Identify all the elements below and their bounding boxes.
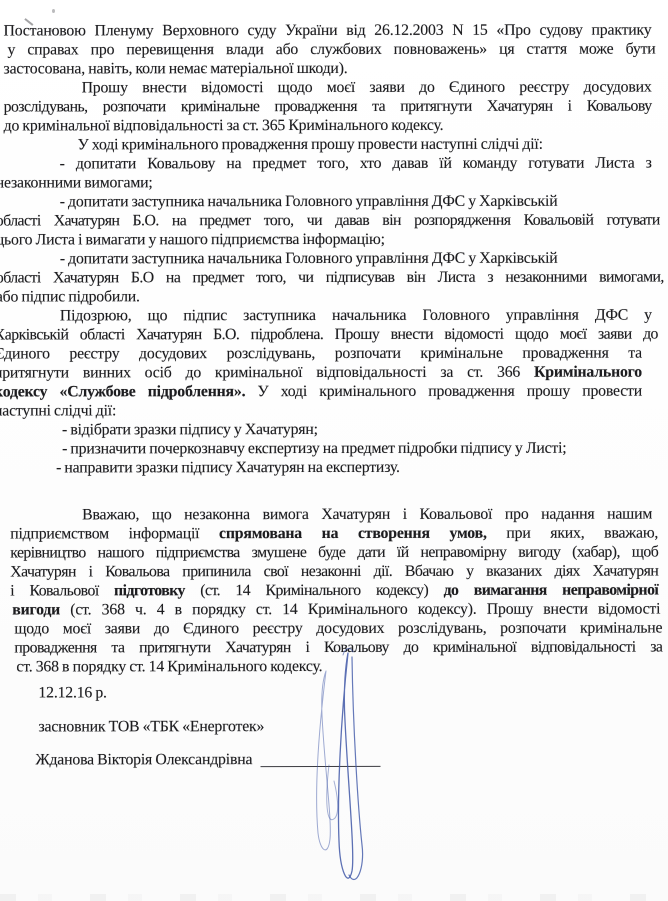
bullet-interrogate-khachaturian-signature: - допитати заступника начальника Головно… [4, 249, 652, 307]
text-line: - призначити почеркознавчу експертизу на… [4, 439, 652, 459]
signatory-line: Жданова Вікторія Олександрівна [4, 750, 652, 770]
text-segment: наступні слідчі дії: [0, 402, 116, 419]
text-segment: ст. 368 в порядку ст. 14 Кримінального к… [16, 658, 322, 675]
text-line: У ході кримінального провадження прошу п… [4, 135, 652, 155]
signature-underline [260, 765, 380, 767]
text-segment: Підозрюю, що підпис заступника начальник… [60, 307, 652, 325]
text-segment: (ст. 368 ч. 4 в порядку ст. 14 Криміналь… [60, 601, 660, 619]
text-line: Підозрюю, що підпис заступника начальник… [4, 306, 652, 326]
text-segment: керівництво нашого підприємства змушене … [10, 544, 658, 562]
text-line: незаконними вимогами; [0, 173, 644, 193]
text-segment: незаконними вимогами; [0, 174, 153, 191]
scan-speck-artifact [52, 9, 55, 13]
text-segment: цього Листа і вимагати у нашого підприєм… [0, 231, 385, 249]
document-date: 12.12.16 р. [38, 684, 106, 701]
document-body: Постановою Пленуму Верховного суду Украї… [3, 21, 652, 770]
scan-edge-noise [0, 894, 668, 901]
text-line: - допитати заступника начальника Головно… [4, 192, 652, 212]
text-segment: - відібрати зразки підпису у Хачатурян; [62, 421, 318, 438]
text-line: притягнути винних осіб до кримінальної в… [0, 363, 642, 383]
signatory-name: Жданова Вікторія Олександрівна [35, 751, 252, 768]
text-segment: Прошу внести відомості щодо моєї заяви д… [82, 79, 652, 97]
text-segment: - направити зразки підпису Хачатурян на … [56, 459, 400, 476]
text-segment: області Хачатурян Б.О. на предмет того, … [0, 212, 660, 230]
bold-text-segment: вигоди [12, 601, 60, 618]
text-line: вигоди (ст. 368 ч. 4 в порядку ст. 14 Кр… [12, 600, 660, 620]
text-line: щодо моєї заяви до Єдиного реєстру досуд… [14, 619, 662, 639]
text-line: Єдиного реєстру досудових розслідувань, … [0, 344, 642, 364]
text-line: області Хачатурян Б.О на предмет того, ч… [0, 268, 664, 288]
bullet-take-signature-samples: - відібрати зразки підпису у Хачатурян; [4, 420, 652, 440]
bullet-interrogate-kovalova: - допитати Ковальову на предмет того, хт… [4, 154, 652, 193]
text-line: цього Листа і вимагати у нашого підприєм… [0, 230, 644, 250]
text-line: Харківській області Хачатурян Б.О. підро… [0, 325, 658, 345]
bold-text-segment: до вимагання неправомірної [444, 582, 659, 599]
scanned-legal-document: { "page": { "kind": "scanned legal state… [0, 0, 668, 901]
text-segment: Харківській області Хачатурян Б.О. підро… [0, 326, 658, 344]
text-line: Вважаю, що незаконна вимога Хачатурян і … [4, 505, 652, 525]
text-line: - відібрати зразки підпису у Хачатурян; [4, 420, 652, 440]
text-segment: У ході кримінального провадження прошу п… [245, 383, 642, 401]
text-line: Прошу внести відомості щодо моєї заяви д… [4, 78, 652, 98]
text-segment: застосована, навіть, коли немає матеріал… [4, 60, 348, 77]
text-segment: Вважаю, що незаконна вимога Хачатурян і … [82, 506, 652, 524]
founder-line: засновник ТОВ «ТБК «Енерготек» [4, 717, 652, 737]
para-plenum-ruling: Постановою Пленуму Верховного суду Украї… [3, 21, 651, 79]
text-segment: Постановою Пленуму Верховного суду Украї… [3, 22, 651, 40]
text-segment: притягнути винних осіб до кримінальної в… [0, 364, 534, 382]
text-segment: або підпис підробили. [0, 288, 140, 305]
text-segment: у справах про перевищення влади або служ… [8, 41, 656, 59]
bold-text-segment: кодексу «Службове підроблення». [0, 383, 245, 400]
text-segment: (ст. 14 Кримінального кодексу) [185, 582, 444, 599]
text-segment: розслідувань, розпочати кримінальне пров… [4, 98, 652, 116]
text-line: - допитати заступника начальника Головно… [4, 249, 652, 269]
text-segment: провадження та притягнути Хачатурян і Ко… [14, 639, 662, 657]
text-line: Хачатурян і Ковальова припинила свої нез… [10, 562, 658, 582]
text-line: Постановою Пленуму Верховного суду Украї… [3, 21, 651, 41]
text-segment: щодо моєї заяви до Єдиного реєстру досуд… [14, 620, 662, 638]
text-line: до кримінальної відповідальності за ст. … [4, 116, 652, 136]
text-segment: області Хачатурян Б.О на предмет того, ч… [0, 269, 664, 287]
para-erdr-article-365: Прошу внести відомості щодо моєї заяви д… [4, 78, 652, 136]
bullet-send-samples-expertise: - направити зразки підпису Хачатурян на … [4, 458, 652, 478]
text-line: або підпис підробили. [0, 287, 644, 307]
text-line: у справах про перевищення влади або служ… [8, 40, 656, 60]
text-line: застосована, навіть, коли немає матеріал… [4, 59, 652, 79]
bullet-interrogate-khachaturian-orders: - допитати заступника начальника Головно… [4, 192, 652, 250]
text-segment: - призначити почеркознавчу експертизу на… [62, 440, 566, 458]
bold-text-segment: підготовку [114, 582, 185, 599]
text-segment: підприємством інформації [10, 525, 219, 542]
text-segment: до кримінальної відповідальності за ст. … [4, 117, 444, 135]
text-segment: Хачатурян і Ковальова припинила свої нез… [10, 563, 658, 581]
document-paragraphs: Постановою Пленуму Верховного суду Украї… [3, 21, 652, 677]
text-segment: - допитати заступника начальника Головно… [60, 193, 558, 211]
text-line: ст. 368 в порядку ст. 14 Кримінального к… [16, 657, 664, 677]
text-segment: при яких, вважаю, [487, 525, 659, 542]
text-line: області Хачатурян Б.О. на предмет того, … [0, 211, 660, 231]
founder-title: засновник ТОВ «ТБК «Енерготек» [38, 718, 264, 735]
text-segment: Єдиного реєстру досудових розслідувань, … [0, 345, 642, 363]
text-line: і Ковальової підготовку (ст. 14 Кримінал… [10, 581, 658, 601]
text-segment: - допитати заступника начальника Головно… [60, 250, 558, 268]
document-page: Постановою Пленуму Верховного суду Украї… [0, 0, 668, 901]
text-line: наступні слідчі дії: [0, 401, 642, 421]
para-extortion-article-368: Вважаю, що незаконна вимога Хачатурян і … [4, 505, 652, 677]
text-line: - допитати Ковальову на предмет того, хт… [4, 154, 652, 174]
text-segment: і Ковальової [10, 582, 114, 599]
text-line: провадження та притягнути Хачатурян і Ко… [14, 638, 662, 658]
date-line: 12.12.16 р. [4, 683, 652, 703]
text-segment: - допитати Ковальову на предмет того, хт… [60, 155, 652, 173]
text-line: підприємством інформації спрямована на с… [10, 524, 658, 544]
text-line: - направити зразки підпису Хачатурян на … [4, 458, 652, 478]
text-line: керівництво нашого підприємства змушене … [10, 543, 658, 563]
para-forgery-article-366: Підозрюю, що підпис заступника начальник… [4, 306, 652, 421]
para-investigative-actions-intro: У ході кримінального провадження прошу п… [4, 135, 652, 155]
bold-text-segment: Кримінального [534, 364, 642, 381]
text-line: кодексу «Службове підроблення». У ході к… [0, 382, 642, 402]
bold-text-segment: спрямована на створення умов, [219, 525, 487, 542]
text-line: розслідувань, розпочати кримінальне пров… [4, 97, 652, 117]
bullet-handwriting-expertise: - призначити почеркознавчу експертизу на… [4, 439, 652, 459]
text-segment: У ході кримінального провадження прошу п… [78, 136, 543, 154]
